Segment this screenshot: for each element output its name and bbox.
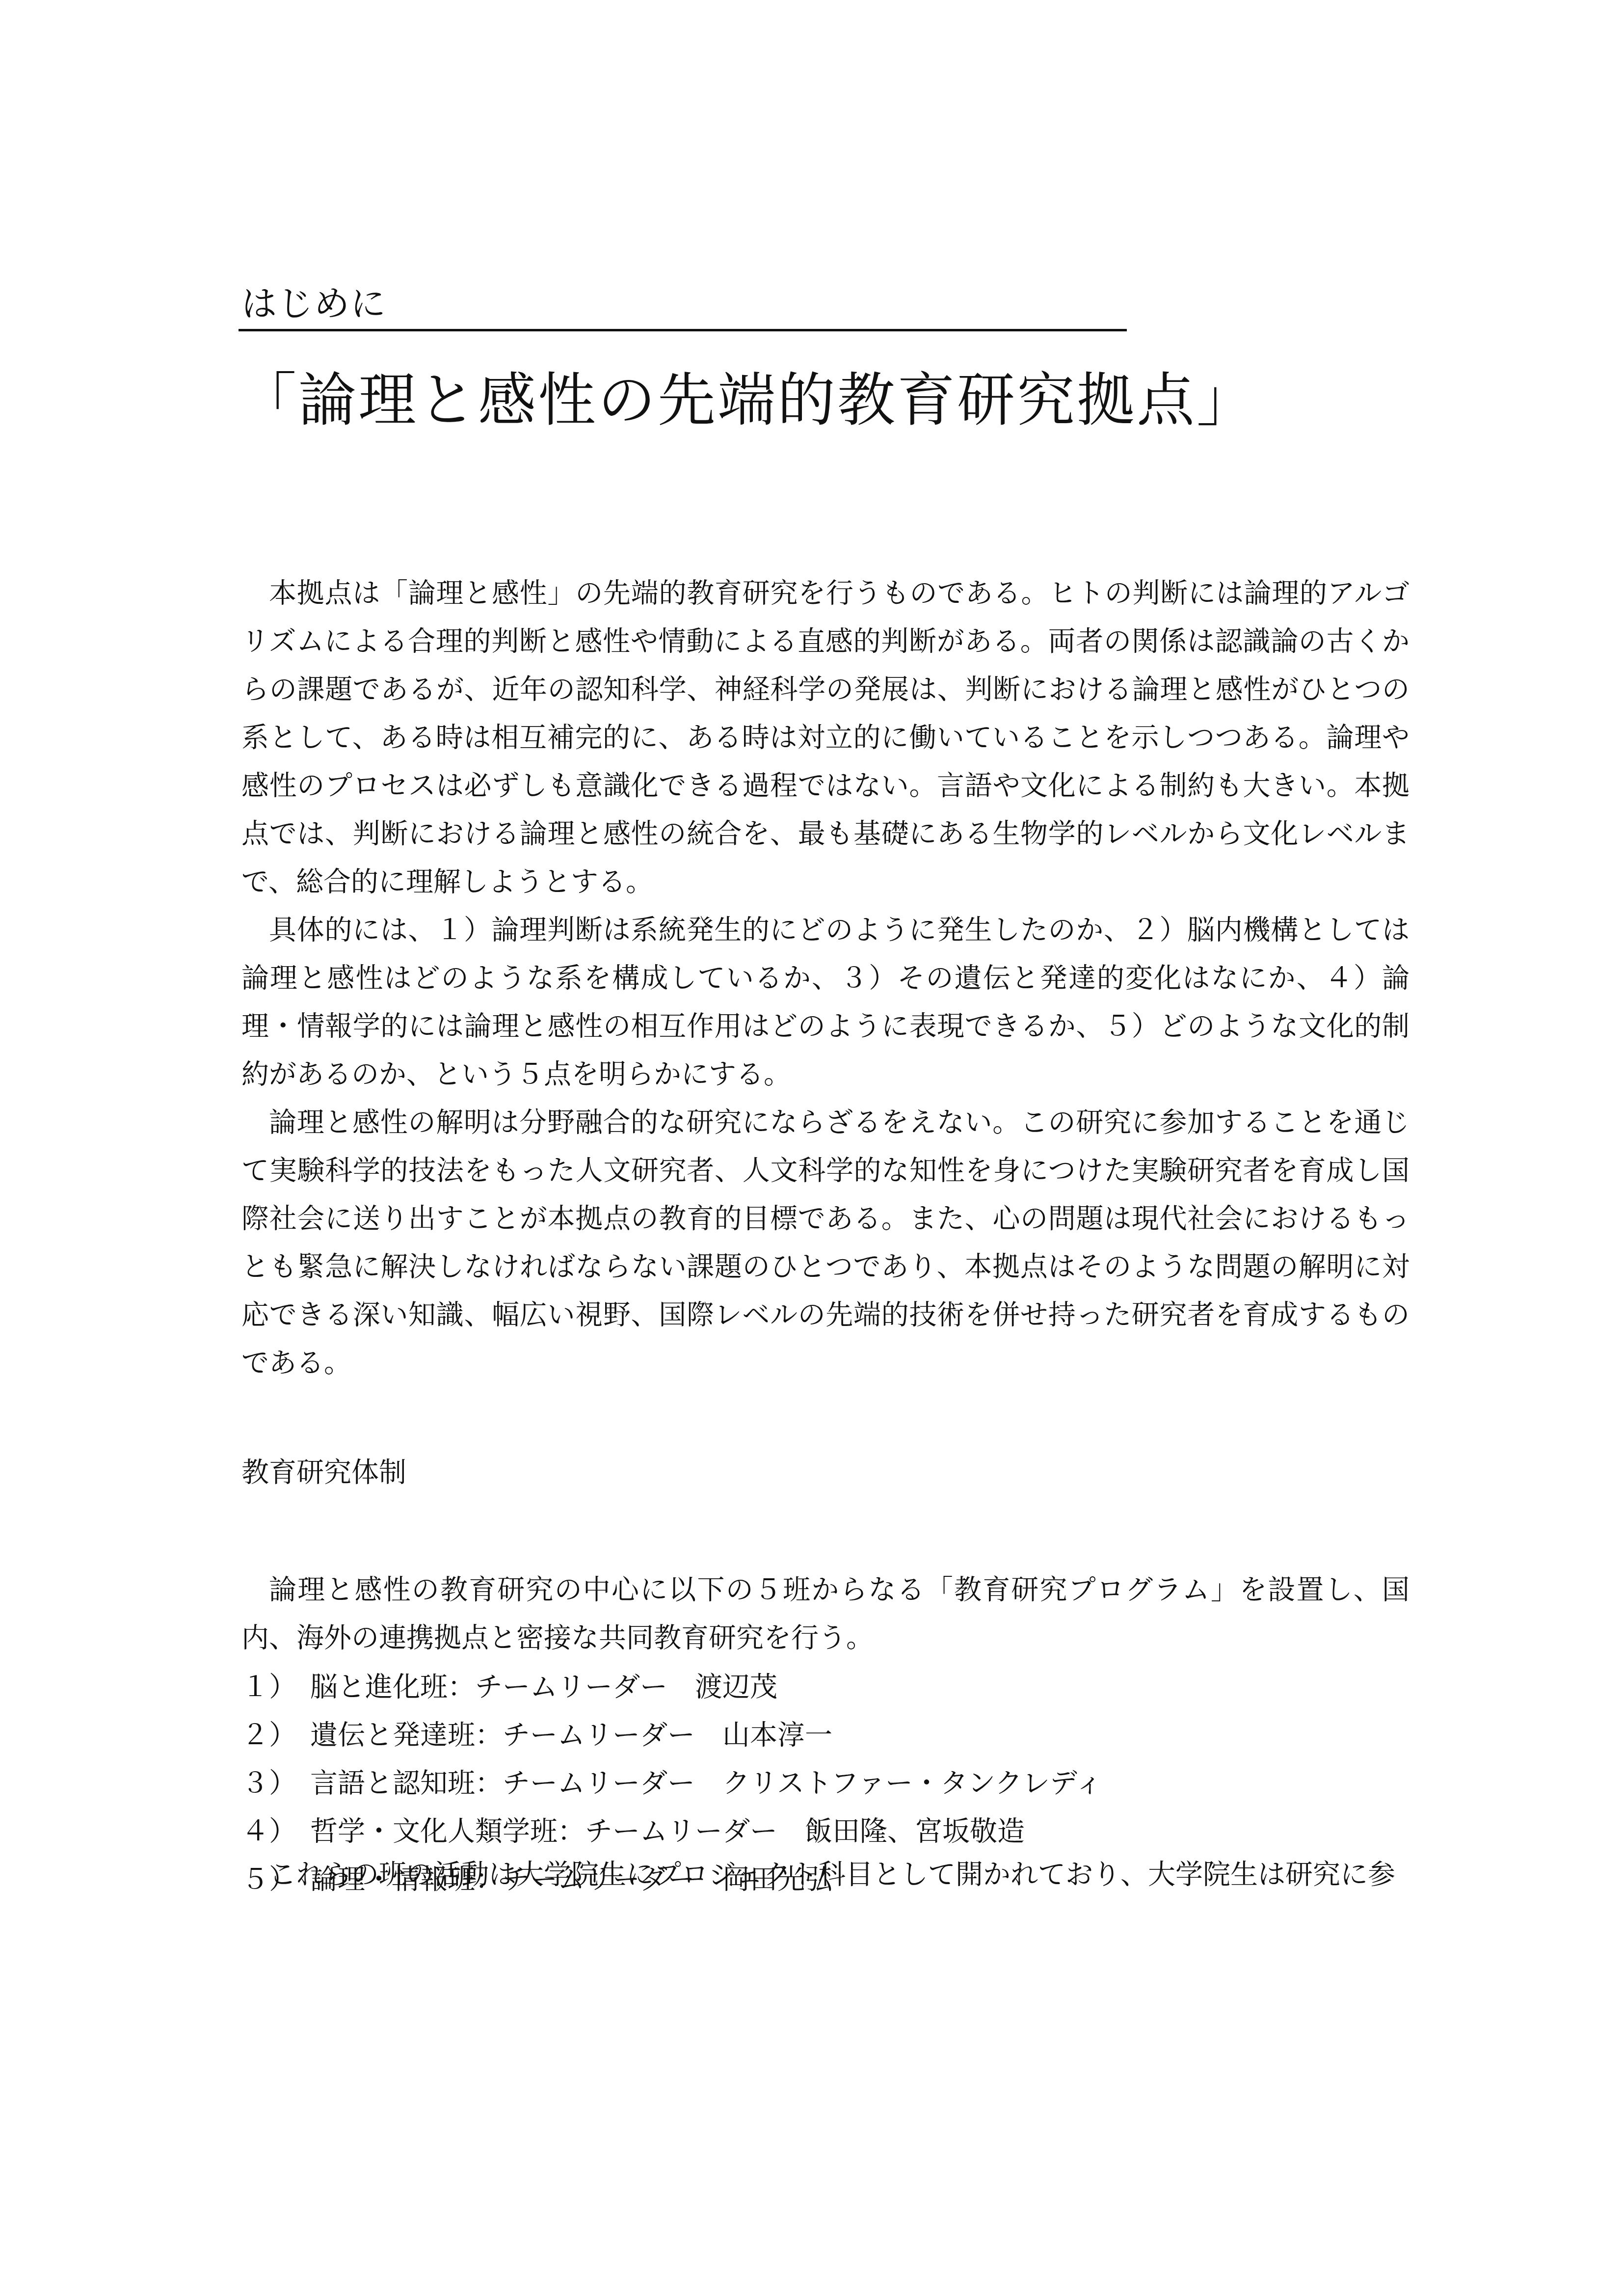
organization-paragraph: 論理と感性の教育研究の中心に以下の５班からなる「教育研究プログラム」を設置し、国… (241, 1566, 1410, 1662)
list-item: １） 脳と進化班：チームリーダー 渡辺茂 (241, 1663, 1102, 1711)
intro-body: 本拠点は「論理と感性」の先端的教育研究を行うものである。ヒトの判断には論理的アル… (241, 569, 1410, 1387)
organization-intro: 論理と感性の教育研究の中心に以下の５班からなる「教育研究プログラム」を設置し、国… (241, 1566, 1410, 1662)
section-label: はじめに (241, 275, 387, 326)
intro-paragraph-3: 論理と感性の解明は分野融合的な研究にならざるをえない。この研究に参加することを通… (241, 1099, 1410, 1387)
intro-paragraph-2: 具体的には、１）論理判断は系統発生的にどのように発生したのか、２）脳内機構として… (241, 906, 1410, 1099)
divider-rule (239, 329, 1127, 331)
intro-paragraph-1: 本拠点は「論理と感性」の先端的教育研究を行うものである。ヒトの判断には論理的アル… (241, 569, 1410, 906)
page-title: 「論理と感性の先端的教育研究拠点」 (239, 353, 1256, 437)
list-item: ３） 言語と認知班：チームリーダー クリストファー・タンクレディ (241, 1759, 1102, 1808)
list-item: ４） 哲学・文化人類学班：チームリーダー 飯田隆、宮坂敬造 (241, 1808, 1102, 1856)
closing-paragraph: これらの班の活動は大学院生にプロジェクト科目として開かれており、大学院生は研究に… (241, 1851, 1410, 1899)
list-item: ２） 遺伝と発達班：チームリーダー 山本淳一 (241, 1711, 1102, 1759)
section-heading: 教育研究体制 (241, 1451, 406, 1490)
